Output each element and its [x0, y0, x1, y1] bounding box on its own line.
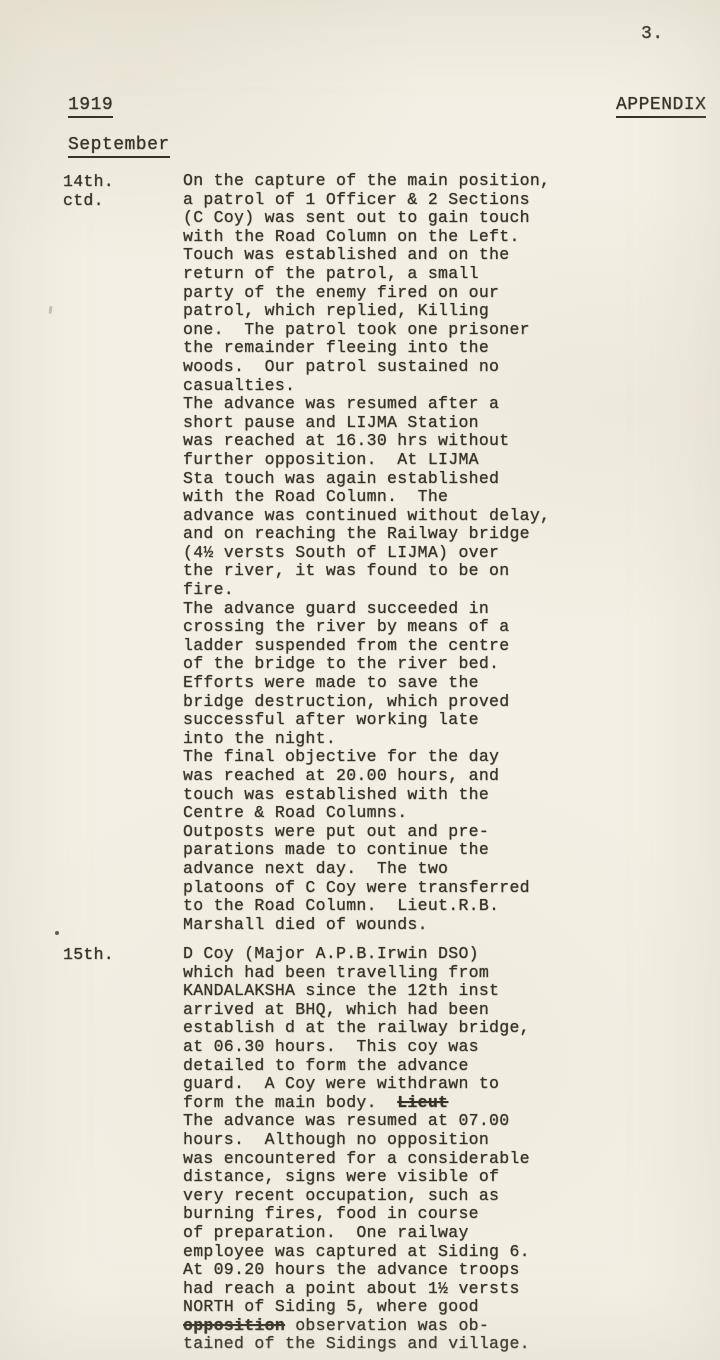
text-line: (C Coy) was sent out to gain touch [183, 209, 603, 228]
text-line: further opposition. At LIJMA [183, 451, 603, 470]
text-line: The advance guard succeeded in [183, 600, 603, 619]
text-line: with the Road Column on the Left. [183, 228, 603, 247]
struck-out-word: Lieut [397, 1093, 448, 1112]
entry-text: D Coy (Major A.P.B.Irwin DSO)which had b… [183, 945, 603, 1354]
page-number: 3. [641, 24, 664, 44]
year-heading: 1919 [68, 95, 113, 118]
text-line: very recent occupation, such as [183, 1187, 603, 1206]
text-line: patrol, which replied, Killing [183, 302, 603, 321]
text-line: The advance was resumed after a [183, 395, 603, 414]
text-line: tained of the Sidings and village. [183, 1335, 603, 1354]
text-line: one. The patrol took one prisoner [183, 321, 603, 340]
text-line: which had been travelling from [183, 964, 603, 983]
text-segment: observation was ob- [285, 1316, 489, 1335]
text-line: form the main body. Lieut [183, 1094, 603, 1113]
text-line: the river, it was found to be on [183, 562, 603, 581]
text-line: Touch was established and on the [183, 246, 603, 265]
month-heading: September [68, 135, 170, 158]
text-line: the remainder fleeing into the [183, 339, 603, 358]
text-line: a patrol of 1 Officer & 2 Sections [183, 191, 603, 210]
text-line: At 09.20 hours the advance troops [183, 1261, 603, 1280]
text-line: at 06.30 hours. This coy was [183, 1038, 603, 1057]
text-line: The final objective for the day [183, 748, 603, 767]
text-line: advance next day. The two [183, 860, 603, 879]
text-line: establish d at the railway bridge, [183, 1019, 603, 1038]
text-line: was reached at 20.00 hours, and [183, 767, 603, 786]
text-line: party of the enemy fired on our [183, 284, 603, 303]
text-line: crossing the river by means of a [183, 618, 603, 637]
ink-speck [55, 931, 59, 935]
text-line: ladder suspended from the centre [183, 637, 603, 656]
text-line: Sta touch was again established [183, 470, 603, 489]
text-line: fire. [183, 581, 603, 600]
text-line: advance was continued without delay, [183, 507, 603, 526]
text-line: successful after working late [183, 711, 603, 730]
text-line: guard. A Coy were withdrawn to [183, 1075, 603, 1094]
text-line: employee was captured at Siding 6. [183, 1243, 603, 1262]
text-line: opposition observation was ob- [183, 1317, 603, 1336]
text-line: On the capture of the main position, [183, 172, 603, 191]
entry-text: On the capture of the main position,a pa… [183, 172, 603, 934]
text-line: was reached at 16.30 hrs without [183, 432, 603, 451]
document-page: 3. 1919 APPENDIX September 14th.ctd.On t… [0, 0, 720, 1360]
text-line: The advance was resumed at 07.00 [183, 1112, 603, 1131]
text-line: return of the patrol, a small [183, 265, 603, 284]
text-line: hours. Although no opposition [183, 1131, 603, 1150]
entry-date: 15th. [63, 946, 114, 965]
text-line: (4½ versts South of LIJMA) over [183, 544, 603, 563]
text-line: was encountered for a considerable [183, 1150, 603, 1169]
text-line: NORTH of Siding 5, where good [183, 1298, 603, 1317]
appendix-heading: APPENDIX [616, 95, 706, 118]
text-line: bridge destruction, which proved [183, 693, 603, 712]
text-line: KANDALAKSHA since the 12th inst [183, 982, 603, 1001]
ink-speck [48, 306, 52, 314]
text-line: Outposts were put out and pre- [183, 823, 603, 842]
text-line: D Coy (Major A.P.B.Irwin DSO) [183, 945, 603, 964]
text-line: distance, signs were visible of [183, 1168, 603, 1187]
text-line: short pause and LIJMA Station [183, 414, 603, 433]
text-line: arrived at BHQ, which had been [183, 1001, 603, 1020]
text-line: into the night. [183, 730, 603, 749]
text-line: Marshall died of wounds. [183, 916, 603, 935]
text-line: with the Road Column. The [183, 488, 603, 507]
text-line: had reach a point about 1½ versts [183, 1280, 603, 1299]
text-line: platoons of C Coy were transferred [183, 879, 603, 898]
text-line: parations made to continue the [183, 841, 603, 860]
text-line: touch was established with the [183, 786, 603, 805]
text-line: to the Road Column. Lieut.R.B. [183, 897, 603, 916]
text-line: Efforts were made to save the [183, 674, 603, 693]
text-line: and on reaching the Railway bridge [183, 525, 603, 544]
text-line: Centre & Road Columns. [183, 804, 603, 823]
text-line: detailed to form the advance [183, 1057, 603, 1076]
text-segment: form the main body. [183, 1093, 397, 1112]
text-line: of the bridge to the river bed. [183, 655, 603, 674]
text-line: casualties. [183, 377, 603, 396]
text-line: woods. Our patrol sustained no [183, 358, 603, 377]
text-line: burning fires, food in course [183, 1205, 603, 1224]
entry-date: 14th.ctd. [63, 173, 114, 210]
struck-out-word: opposition [183, 1316, 285, 1335]
text-line: of preparation. One railway [183, 1224, 603, 1243]
